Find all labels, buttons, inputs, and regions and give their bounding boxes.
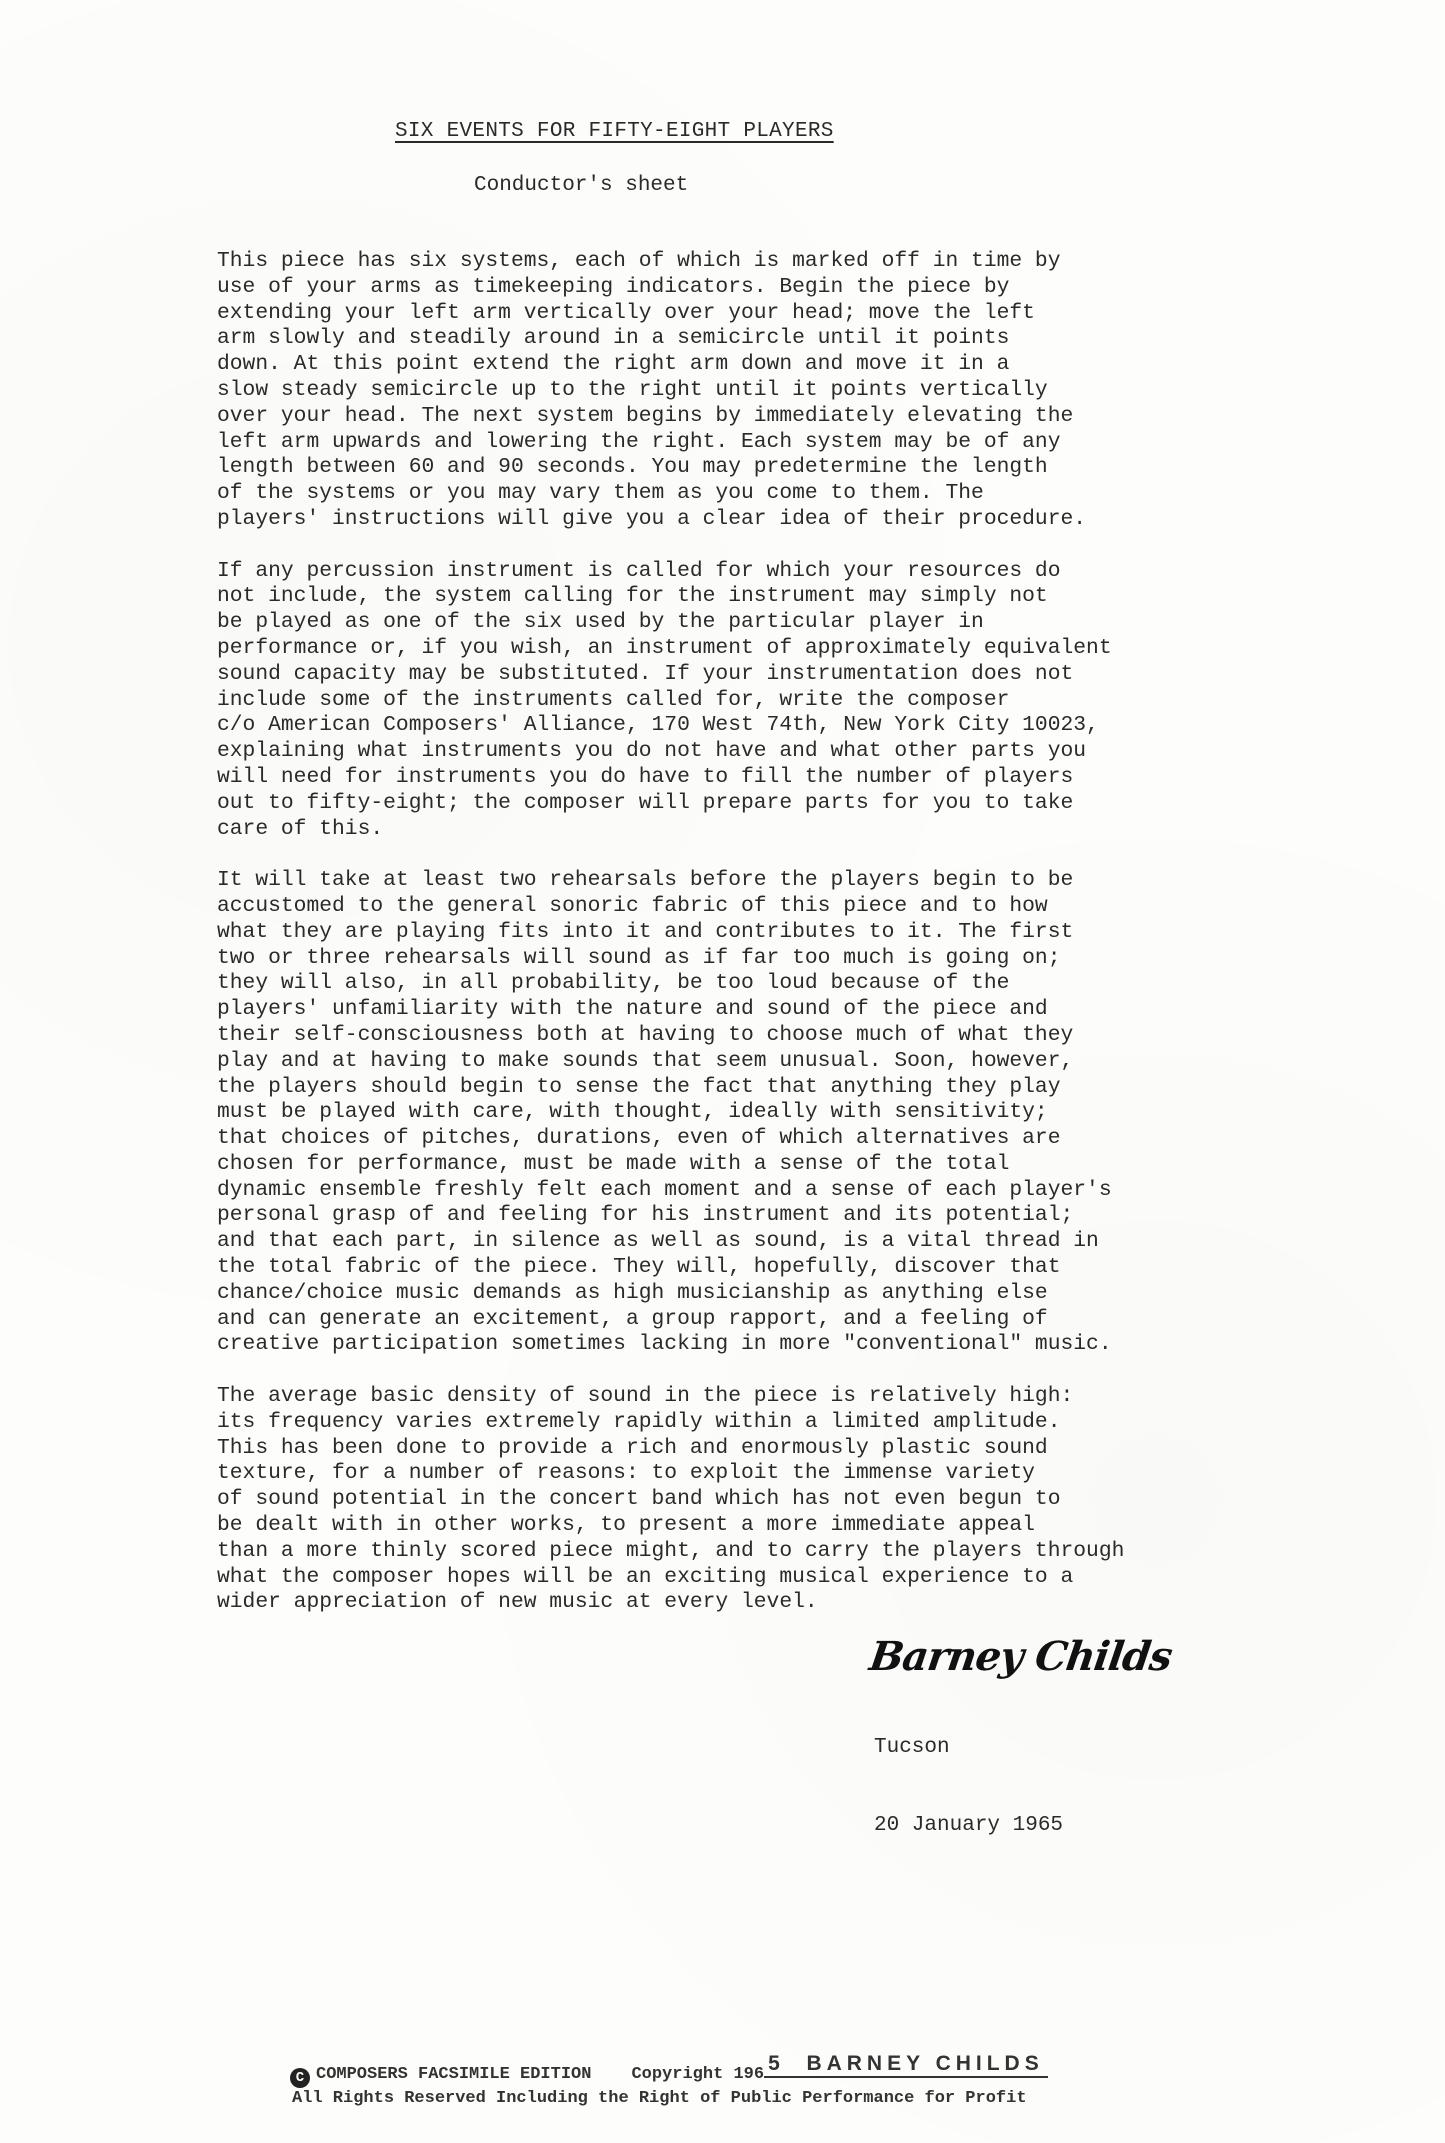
document-body: This piece has six systems, each of whic… xyxy=(217,249,1367,1642)
text-line: It will take at least two rehearsals bef… xyxy=(217,868,1367,894)
text-line: must be played with care, with thought, … xyxy=(217,1100,1367,1126)
text-line: arm slowly and steadily around in a semi… xyxy=(217,326,1367,352)
text-line: This piece has six systems, each of whic… xyxy=(217,249,1367,275)
rights-statement: All Rights Reserved Including the Right … xyxy=(292,2087,1048,2111)
text-line: and can generate an excitement, a group … xyxy=(217,1307,1367,1333)
text-line: the players should begin to sense the fa… xyxy=(217,1075,1367,1101)
copyright-holder-name: BARNEY CHILDS xyxy=(806,2052,1043,2075)
text-line: care of this. xyxy=(217,817,1367,843)
signature-block: Tucson 20 January 1965 xyxy=(874,1683,1063,1891)
text-line: play and at having to make sounds that s… xyxy=(217,1049,1367,1075)
text-line: length between 60 and 90 seconds. You ma… xyxy=(217,455,1367,481)
text-line: that choices of pitches, durations, even… xyxy=(217,1126,1367,1152)
copyright-label: Copyright 196 xyxy=(631,2063,764,2087)
document-page: SIX EVENTS FOR FIFTY-EIGHT PLAYERS Condu… xyxy=(0,0,1445,2143)
text-line: of sound potential in the concert band w… xyxy=(217,1487,1367,1513)
text-line: and that each part, in silence as well a… xyxy=(217,1229,1367,1255)
text-line: performance or, if you wish, an instrume… xyxy=(217,636,1367,662)
copyright-icon: C xyxy=(290,2068,310,2088)
text-line: be dealt with in other works, to present… xyxy=(217,1513,1367,1539)
copyright-holder: 5 BARNEY CHILDS xyxy=(764,2052,1048,2078)
text-line: use of your arms as timekeeping indicato… xyxy=(217,275,1367,301)
text-line: chosen for performance, must be made wit… xyxy=(217,1152,1367,1178)
text-line: This has been done to provide a rich and… xyxy=(217,1436,1367,1462)
text-line: than a more thinly scored piece might, a… xyxy=(217,1539,1367,1565)
text-line: personal grasp of and feeling for his in… xyxy=(217,1203,1367,1229)
text-line: accustomed to the general sonoric fabric… xyxy=(217,894,1367,920)
text-line: include some of the instruments called f… xyxy=(217,688,1367,714)
text-line: If any percussion instrument is called f… xyxy=(217,559,1367,585)
signature-date: 20 January 1965 xyxy=(874,1813,1063,1839)
text-line: dynamic ensemble freshly felt each momen… xyxy=(217,1178,1367,1204)
text-line: will need for instruments you do have to… xyxy=(217,765,1367,791)
paragraph: If any percussion instrument is called f… xyxy=(217,559,1367,843)
text-line: chance/choice music demands as high musi… xyxy=(217,1281,1367,1307)
text-line: c/o American Composers' Alliance, 170 We… xyxy=(217,713,1367,739)
text-line: out to fifty-eight; the composer will pr… xyxy=(217,791,1367,817)
text-line: their self-consciousness both at having … xyxy=(217,1023,1367,1049)
paragraph: The average basic density of sound in th… xyxy=(217,1384,1367,1616)
document-subtitle: Conductor's sheet xyxy=(474,174,688,197)
text-line: explaining what instruments you do not h… xyxy=(217,739,1367,765)
text-line: players' instructions will give you a cl… xyxy=(217,507,1367,533)
text-line: extending your left arm vertically over … xyxy=(217,301,1367,327)
text-line: left arm upwards and lowering the right.… xyxy=(217,430,1367,456)
copyright-line: C COMPOSERS FACSIMILE EDITION Copyright … xyxy=(290,2060,1048,2087)
text-line: what they are playing fits into it and c… xyxy=(217,920,1367,946)
text-line: texture, for a number of reasons: to exp… xyxy=(217,1461,1367,1487)
edition-label: COMPOSERS FACSIMILE EDITION xyxy=(316,2063,591,2087)
text-line: its frequency varies extremely rapidly w… xyxy=(217,1410,1367,1436)
text-line: the total fabric of the piece. They will… xyxy=(217,1255,1367,1281)
paragraph: It will take at least two rehearsals bef… xyxy=(217,868,1367,1358)
text-line: sound capacity may be substituted. If yo… xyxy=(217,662,1367,688)
text-line: of the systems or you may vary them as y… xyxy=(217,481,1367,507)
text-line: players' unfamiliarity with the nature a… xyxy=(217,997,1367,1023)
text-line: slow steady semicircle up to the right u… xyxy=(217,378,1367,404)
handwritten-signature: Barney Childs xyxy=(867,1633,1175,1680)
text-line: two or three rehearsals will sound as if… xyxy=(217,946,1367,972)
paragraph: This piece has six systems, each of whic… xyxy=(217,249,1367,533)
signature-place: Tucson xyxy=(874,1735,1063,1761)
text-line: creative participation sometimes lacking… xyxy=(217,1332,1367,1358)
text-line: not include, the system calling for the … xyxy=(217,584,1367,610)
text-line: The average basic density of sound in th… xyxy=(217,1384,1367,1410)
copyright-footer: C COMPOSERS FACSIMILE EDITION Copyright … xyxy=(290,2060,1048,2111)
document-title: SIX EVENTS FOR FIFTY-EIGHT PLAYERS xyxy=(395,120,834,143)
text-line: wider appreciation of new music at every… xyxy=(217,1590,1367,1616)
text-line: down. At this point extend the right arm… xyxy=(217,352,1367,378)
text-line: what the composer hopes will be an excit… xyxy=(217,1565,1367,1591)
copyright-year-digit: 5 xyxy=(768,2052,785,2075)
text-line: be played as one of the six used by the … xyxy=(217,610,1367,636)
text-line: over your head. The next system begins b… xyxy=(217,404,1367,430)
text-line: they will also, in all probability, be t… xyxy=(217,971,1367,997)
